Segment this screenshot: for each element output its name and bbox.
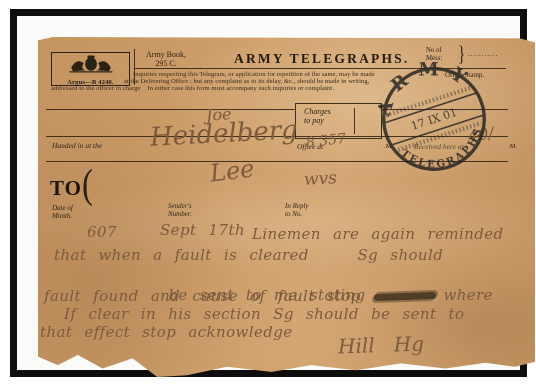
form-title: ARMY TELEGRAPHS.: [234, 51, 409, 67]
army-book-number: 295 C.: [137, 59, 195, 68]
handwriting-handed-in: Heidelberg: [149, 115, 298, 153]
handwriting-to2: wvs: [303, 168, 337, 190]
date-of-month-label: Date of Month.: [52, 205, 73, 220]
message-line-5: If clear in his section Sg should be sen…: [64, 305, 464, 323]
no-of-label: No of: [426, 47, 442, 54]
message-line-2: that when a fault is cleared Sg should: [54, 246, 443, 264]
photo-frame: Argus—B 4240. Army Book, 295 C. ARMY TEL…: [10, 9, 527, 377]
to-brace-icon: (: [82, 162, 94, 208]
telegram-paper: Argus—B 4240. Army Book, 295 C. ARMY TEL…: [38, 37, 535, 377]
svg-text:TELEGRAPHS: TELEGRAPHS: [397, 122, 493, 182]
handed-in-label: Handed in at the: [52, 141, 102, 150]
divider: [354, 108, 355, 134]
in-reply-label: In Reply to No.: [285, 203, 309, 218]
m-label-2: .M.: [508, 143, 517, 150]
army-book-cell: Army Book, 295 C.: [137, 50, 195, 68]
fine-print-line1: Inquiries respecting this Telegram, or a…: [133, 71, 375, 78]
royal-crest-box: Argus—B 4240.: [51, 52, 130, 86]
to-label: TO(: [50, 167, 94, 204]
army-book-label: Army Book,: [137, 50, 195, 59]
signature: Hill Hg: [338, 332, 425, 359]
stamp-arc-bottom: TELEGRAPHS: [397, 122, 493, 182]
rule: [46, 109, 295, 110]
telegram-photo: Argus—B 4240. Army Book, 295 C. ARMY TEL…: [0, 0, 536, 386]
fine-print-line3: addressed to the officer in charge In ei…: [51, 85, 334, 92]
message-line-1: Linemen are again reminded: [252, 225, 504, 243]
charges-label-line2: to pay: [304, 116, 381, 125]
message-line-6: that effect stop acknowledge: [40, 323, 293, 341]
scribble-deletion: [373, 291, 435, 300]
handwriting-office-at: 8 357: [305, 131, 347, 151]
message-line-4: fault found and cause of fault stop: [44, 287, 361, 305]
senders-number-label: Sender's Number.: [168, 203, 192, 218]
handwriting-date: Sept 17th: [160, 221, 245, 239]
stamp-date: 17 IX 01: [409, 106, 458, 133]
royal-crest-icon: [62, 55, 120, 73]
fine-print-line2: at the Delivering Office ; but any compl…: [124, 78, 369, 85]
handwriting-to: Lee: [208, 154, 255, 187]
handwriting-sender-number: 607: [87, 223, 117, 241]
